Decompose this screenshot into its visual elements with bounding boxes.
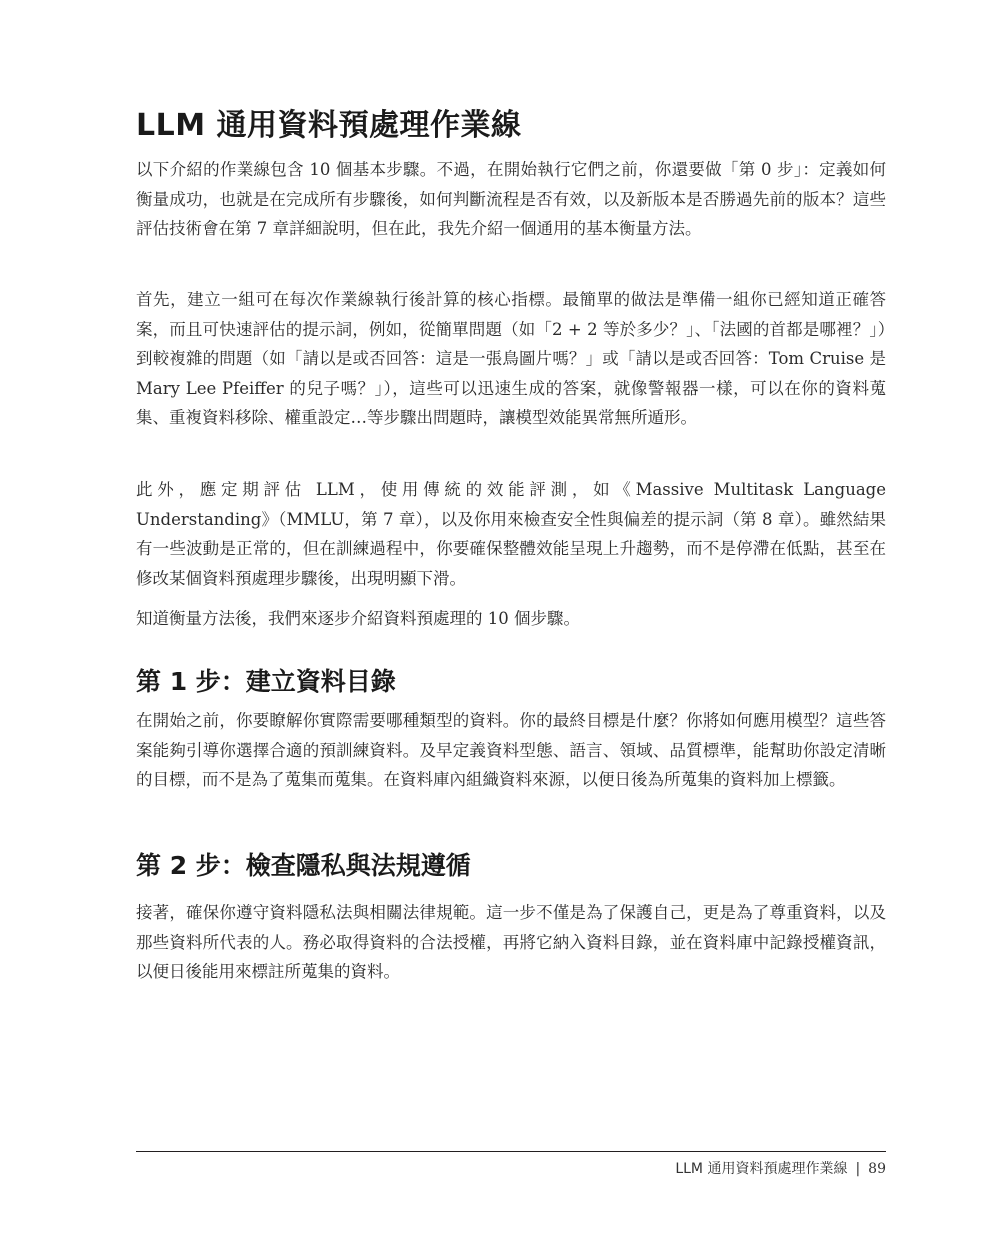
benchmark-paragraph: 此外，應定期評估 LLM，使用傳統的效能評測，如《Massive Multita…: [136, 475, 886, 593]
section-body-step-2: 接著，確保你遵守資料隱私法與相關法律規範。這一步不僅是為了保護自己，更是為了尊重…: [136, 898, 886, 987]
page-title: LLM 通用資料預處理作業線: [136, 104, 522, 148]
section-heading-step-2: 第 2 步：檢查隱私與法規遵循: [136, 848, 471, 884]
section-body-step-1: 在開始之前，你要瞭解你實際需要哪種類型的資料。你的最終目標是什麼？你將如何應用模…: [136, 706, 886, 795]
running-title: LLM 通用資料預處理作業線: [675, 1161, 847, 1177]
section-heading-step-1: 第 1 步：建立資料目錄: [136, 664, 396, 700]
intro-paragraph: 以下介紹的作業線包含 10 個基本步驟。不過，在開始執行它們之前，你還要做「第 …: [136, 155, 886, 244]
transition-paragraph: 知道衡量方法後，我們來逐步介紹資料預處理的 10 個步驟。: [136, 604, 886, 634]
footer-separator: |: [855, 1161, 860, 1177]
page-number: 89: [868, 1161, 886, 1177]
metrics-paragraph: 首先，建立一組可在每次作業線執行後計算的核心指標。最簡單的做法是準備一組你已經知…: [136, 285, 886, 433]
page-footer: LLM 通用資料預處理作業線|89: [675, 1159, 886, 1179]
footer-rule: [136, 1151, 886, 1152]
